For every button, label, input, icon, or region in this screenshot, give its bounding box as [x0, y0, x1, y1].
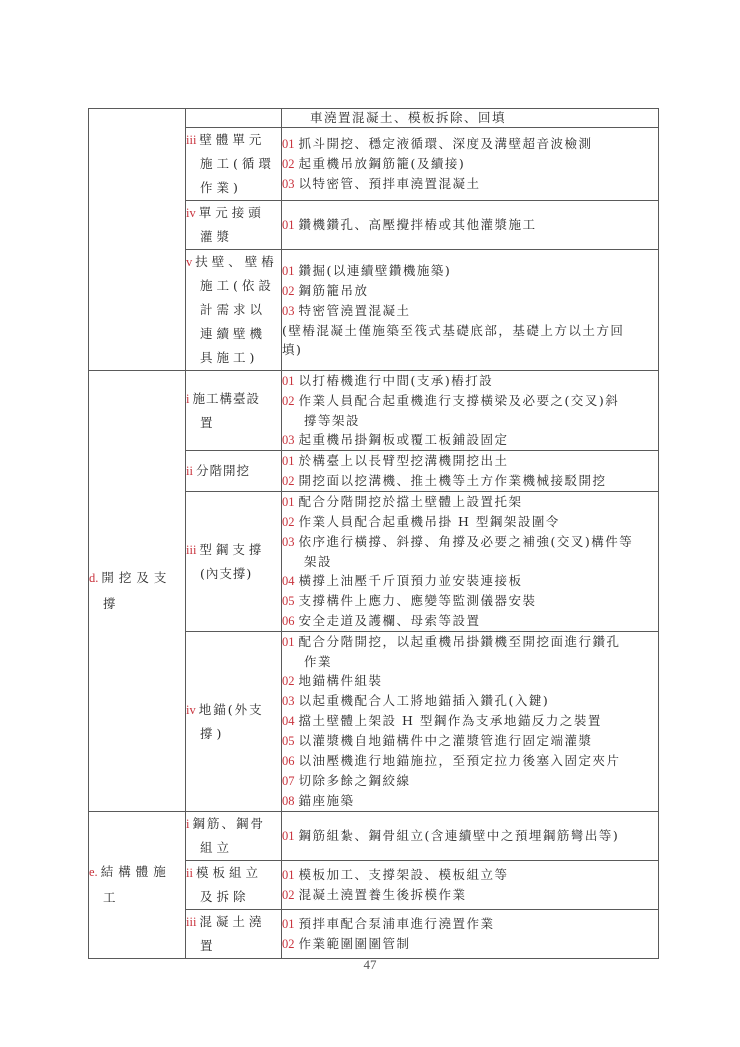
subitem-label: iii混凝土澆 置	[186, 910, 282, 959]
step-item: 01模板加工、支撐架設、模板組立等	[282, 865, 658, 885]
step-item: 06安全走道及護欄、母索等設置	[282, 611, 658, 631]
category-title: 結構體施	[101, 864, 171, 879]
category-letter: e.	[89, 865, 98, 879]
subitem-label: iii壁體單元 施工(循環 作業)	[186, 128, 282, 201]
step-item: 01於構臺上以長臂型挖溝機開挖出土	[282, 451, 658, 471]
category-letter: d.	[89, 571, 98, 585]
step-list: 01鋼筋組紮、鋼骨組立(含連續壁中之預埋鋼筋彎出等)	[282, 812, 659, 861]
roman-numeral: ii	[186, 464, 193, 478]
roman-numeral: iii	[186, 543, 196, 557]
subitem-label: i鋼筋、鋼骨 組立	[186, 812, 282, 861]
sub-cell-empty	[186, 109, 282, 128]
step-item: 06以油壓機進行地錨施拉，至預定拉力後塞入固定夾片	[282, 751, 658, 771]
step-list: 01預拌車配合泵浦車進行澆置作業 02作業範圍圍圍管制	[282, 910, 659, 959]
category-title: 開挖及支	[101, 570, 171, 585]
step-item: 02作業人員配合起重機進行支撐橫梁及必要之(交叉)斜	[282, 391, 658, 411]
step-list: 01鑽機鑽孔、高壓攪拌樁或其他灌漿施工	[282, 201, 659, 250]
step-item: 03特密管澆置混凝土	[282, 301, 658, 321]
step-item: 03以起重機配合人工將地錨插入鑽孔(入鍵)	[282, 691, 658, 711]
step-item: 04橫撐上油壓千斤頂預力並安裝連接板	[282, 571, 658, 591]
step-item: 02鋼筋籠吊放	[282, 281, 658, 301]
step-list: 01抓斗開挖、穩定液循環、深度及溝壁超音波檢測 02起重機吊放鋼筋籠(及續接) …	[282, 128, 659, 201]
construction-procedure-table: 車澆置混凝土、模板拆除、回填 iii壁體單元 施工(循環 作業) 01抓斗開挖、…	[88, 108, 659, 959]
step-item: 01以打樁機進行中間(支承)樁打設	[282, 371, 658, 391]
step-item: 01預拌車配合泵浦車進行澆置作業	[282, 914, 658, 934]
step-list: 01模板加工、支撐架設、模板組立等 02混凝土澆置養生後拆模作業	[282, 861, 659, 910]
roman-numeral: iv	[186, 703, 196, 717]
subitem-label: iii型鋼支撐 (內支撐)	[186, 492, 282, 632]
subitem-label: i施工構臺設 置	[186, 371, 282, 451]
step-list: 01鑽掘(以連續壁鑽機施築) 02鋼筋籠吊放 03特密管澆置混凝土 (壁樁混凝土…	[282, 250, 659, 371]
step-item: 01抓斗開挖、穩定液循環、深度及溝壁超音波檢測	[282, 134, 658, 154]
subitem-label: iv地錨(外支 撐)	[186, 632, 282, 812]
step-item: 02地錨構件組裝	[282, 671, 658, 691]
roman-numeral: i	[186, 392, 189, 406]
roman-numeral: iv	[186, 206, 196, 220]
category-cell-continued	[89, 109, 186, 371]
step-item: 05支撐構件上應力、應變等監測儀器安裝	[282, 591, 658, 611]
step-item: 04擋土壁體上架設 H 型鋼作為支承地錨反力之裝置	[282, 711, 658, 731]
step-continuation: 車澆置混凝土、模板拆除、回填	[282, 109, 659, 128]
step-item: 02開挖面以挖溝機、推土機等土方作業機械接駁開挖	[282, 471, 658, 491]
step-item: 02作業人員配合起重機吊掛 H 型鋼架設圍令	[282, 512, 658, 532]
step-list: 01配合分階開挖於擋土壁體上設置托架 02作業人員配合起重機吊掛 H 型鋼架設圍…	[282, 492, 659, 632]
step-list: 01以打樁機進行中間(支承)樁打設 02作業人員配合起重機進行支撐橫梁及必要之(…	[282, 371, 659, 451]
step-item: 01配合分階開挖於擋土壁體上設置托架	[282, 492, 658, 512]
step-item: 01配合分階開挖，以起重機吊掛鑽機至開挖面進行鑽孔	[282, 632, 658, 652]
roman-numeral: ii	[186, 866, 193, 880]
roman-numeral: i	[186, 817, 189, 831]
subitem-label: ii模板組立 及拆除	[186, 861, 282, 910]
roman-numeral: iii	[186, 915, 196, 929]
table-row-continuation: 車澆置混凝土、模板拆除、回填	[89, 109, 659, 128]
step-list: 01配合分階開挖，以起重機吊掛鑽機至開挖面進行鑽孔 作業 02地錨構件組裝 03…	[282, 632, 659, 812]
step-item: 02作業範圍圍圍管制	[282, 934, 658, 954]
page-number: 47	[0, 957, 740, 973]
step-item: 03依序進行橫撐、斜撐、角撐及必要之補強(交叉)構件等	[282, 532, 658, 552]
step-list: 01於構臺上以長臂型挖溝機開挖出土 02開挖面以挖溝機、推土機等土方作業機械接駁…	[282, 451, 659, 492]
step-item: 01鑽掘(以連續壁鑽機施築)	[282, 261, 658, 281]
step-note: 填)	[282, 340, 658, 359]
step-item: 03以特密管、預拌車澆置混凝土	[282, 174, 658, 194]
step-item: 08錨座施築	[282, 791, 658, 811]
table-row: d.開挖及支 撐 i施工構臺設 置 01以打樁機進行中間(支承)樁打設 02作業…	[89, 371, 659, 451]
step-note: (壁樁混凝土僅施築至筏式基礎底部，基礎上方以土方回	[282, 321, 658, 340]
roman-numeral: iii	[186, 133, 196, 147]
step-item: 02混凝土澆置養生後拆模作業	[282, 885, 658, 905]
roman-numeral: v	[186, 255, 192, 269]
step-item: 01鑽機鑽孔、高壓攪拌樁或其他灌漿施工	[282, 215, 658, 235]
step-item: 03起重機吊掛鋼板或覆工板鋪設固定	[282, 430, 658, 450]
subitem-label: ii分階開挖	[186, 451, 282, 492]
step-item: 01鋼筋組紮、鋼骨組立(含連續壁中之預埋鋼筋彎出等)	[282, 826, 658, 846]
category-cell-structure: e.結構體施 工	[89, 812, 186, 959]
category-cell-excavation: d.開挖及支 撐	[89, 371, 186, 812]
subitem-label: iv單元接頭 灌漿	[186, 201, 282, 250]
step-item: 05以灌漿機自地錨構件中之灌漿管進行固定端灌漿	[282, 731, 658, 751]
subitem-label: v扶壁、壁樁 施工(依設 計需求以 連續壁機 具施工)	[186, 250, 282, 371]
step-item: 02起重機吊放鋼筋籠(及續接)	[282, 154, 658, 174]
step-item: 07切除多餘之鋼絞線	[282, 771, 658, 791]
table-row: e.結構體施 工 i鋼筋、鋼骨 組立 01鋼筋組紮、鋼骨組立(含連續壁中之預埋鋼…	[89, 812, 659, 861]
